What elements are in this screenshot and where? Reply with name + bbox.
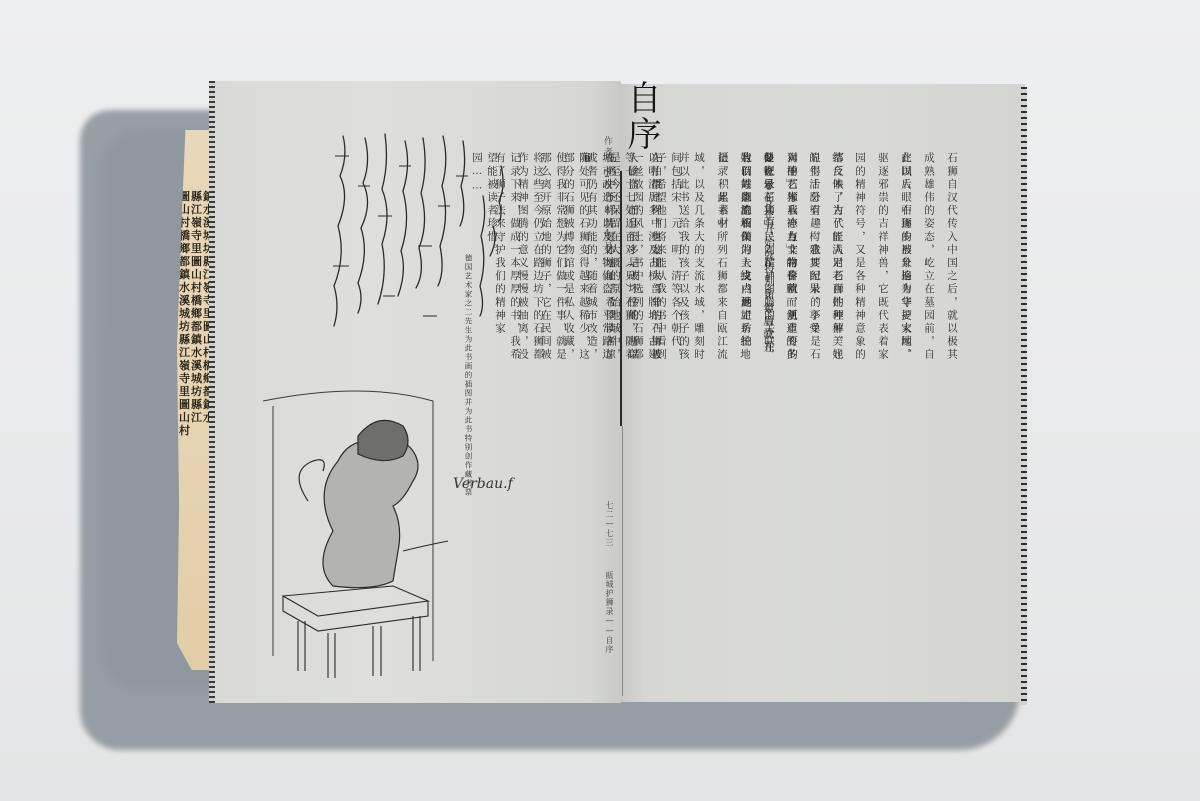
- chapter-title: 自序: [623, 80, 659, 152]
- left-page-deckle-edge: [209, 81, 215, 703]
- author-byline: 作者 2018年4月: [601, 136, 614, 252]
- spine-line: [622, 426, 623, 696]
- lion-sketch-illustration: [253, 381, 453, 681]
- open-book: Verbau.f 德国艺术家之二先生为此书画的插图并为此书特别创作藏书票 七二—…: [213, 81, 1025, 709]
- right-page: 自序 石狮自汉代传入中国之后，就以极其成熟雄伟的姿态，屹立在墓园前，自此以后，石…: [621, 84, 1025, 702]
- page-numbers: 七二—七三: [604, 501, 615, 547]
- running-head: 瓯城护狮录——自序: [604, 571, 615, 654]
- right-page-deckle-edge: [1021, 87, 1027, 705]
- spine-shadow: [620, 171, 622, 426]
